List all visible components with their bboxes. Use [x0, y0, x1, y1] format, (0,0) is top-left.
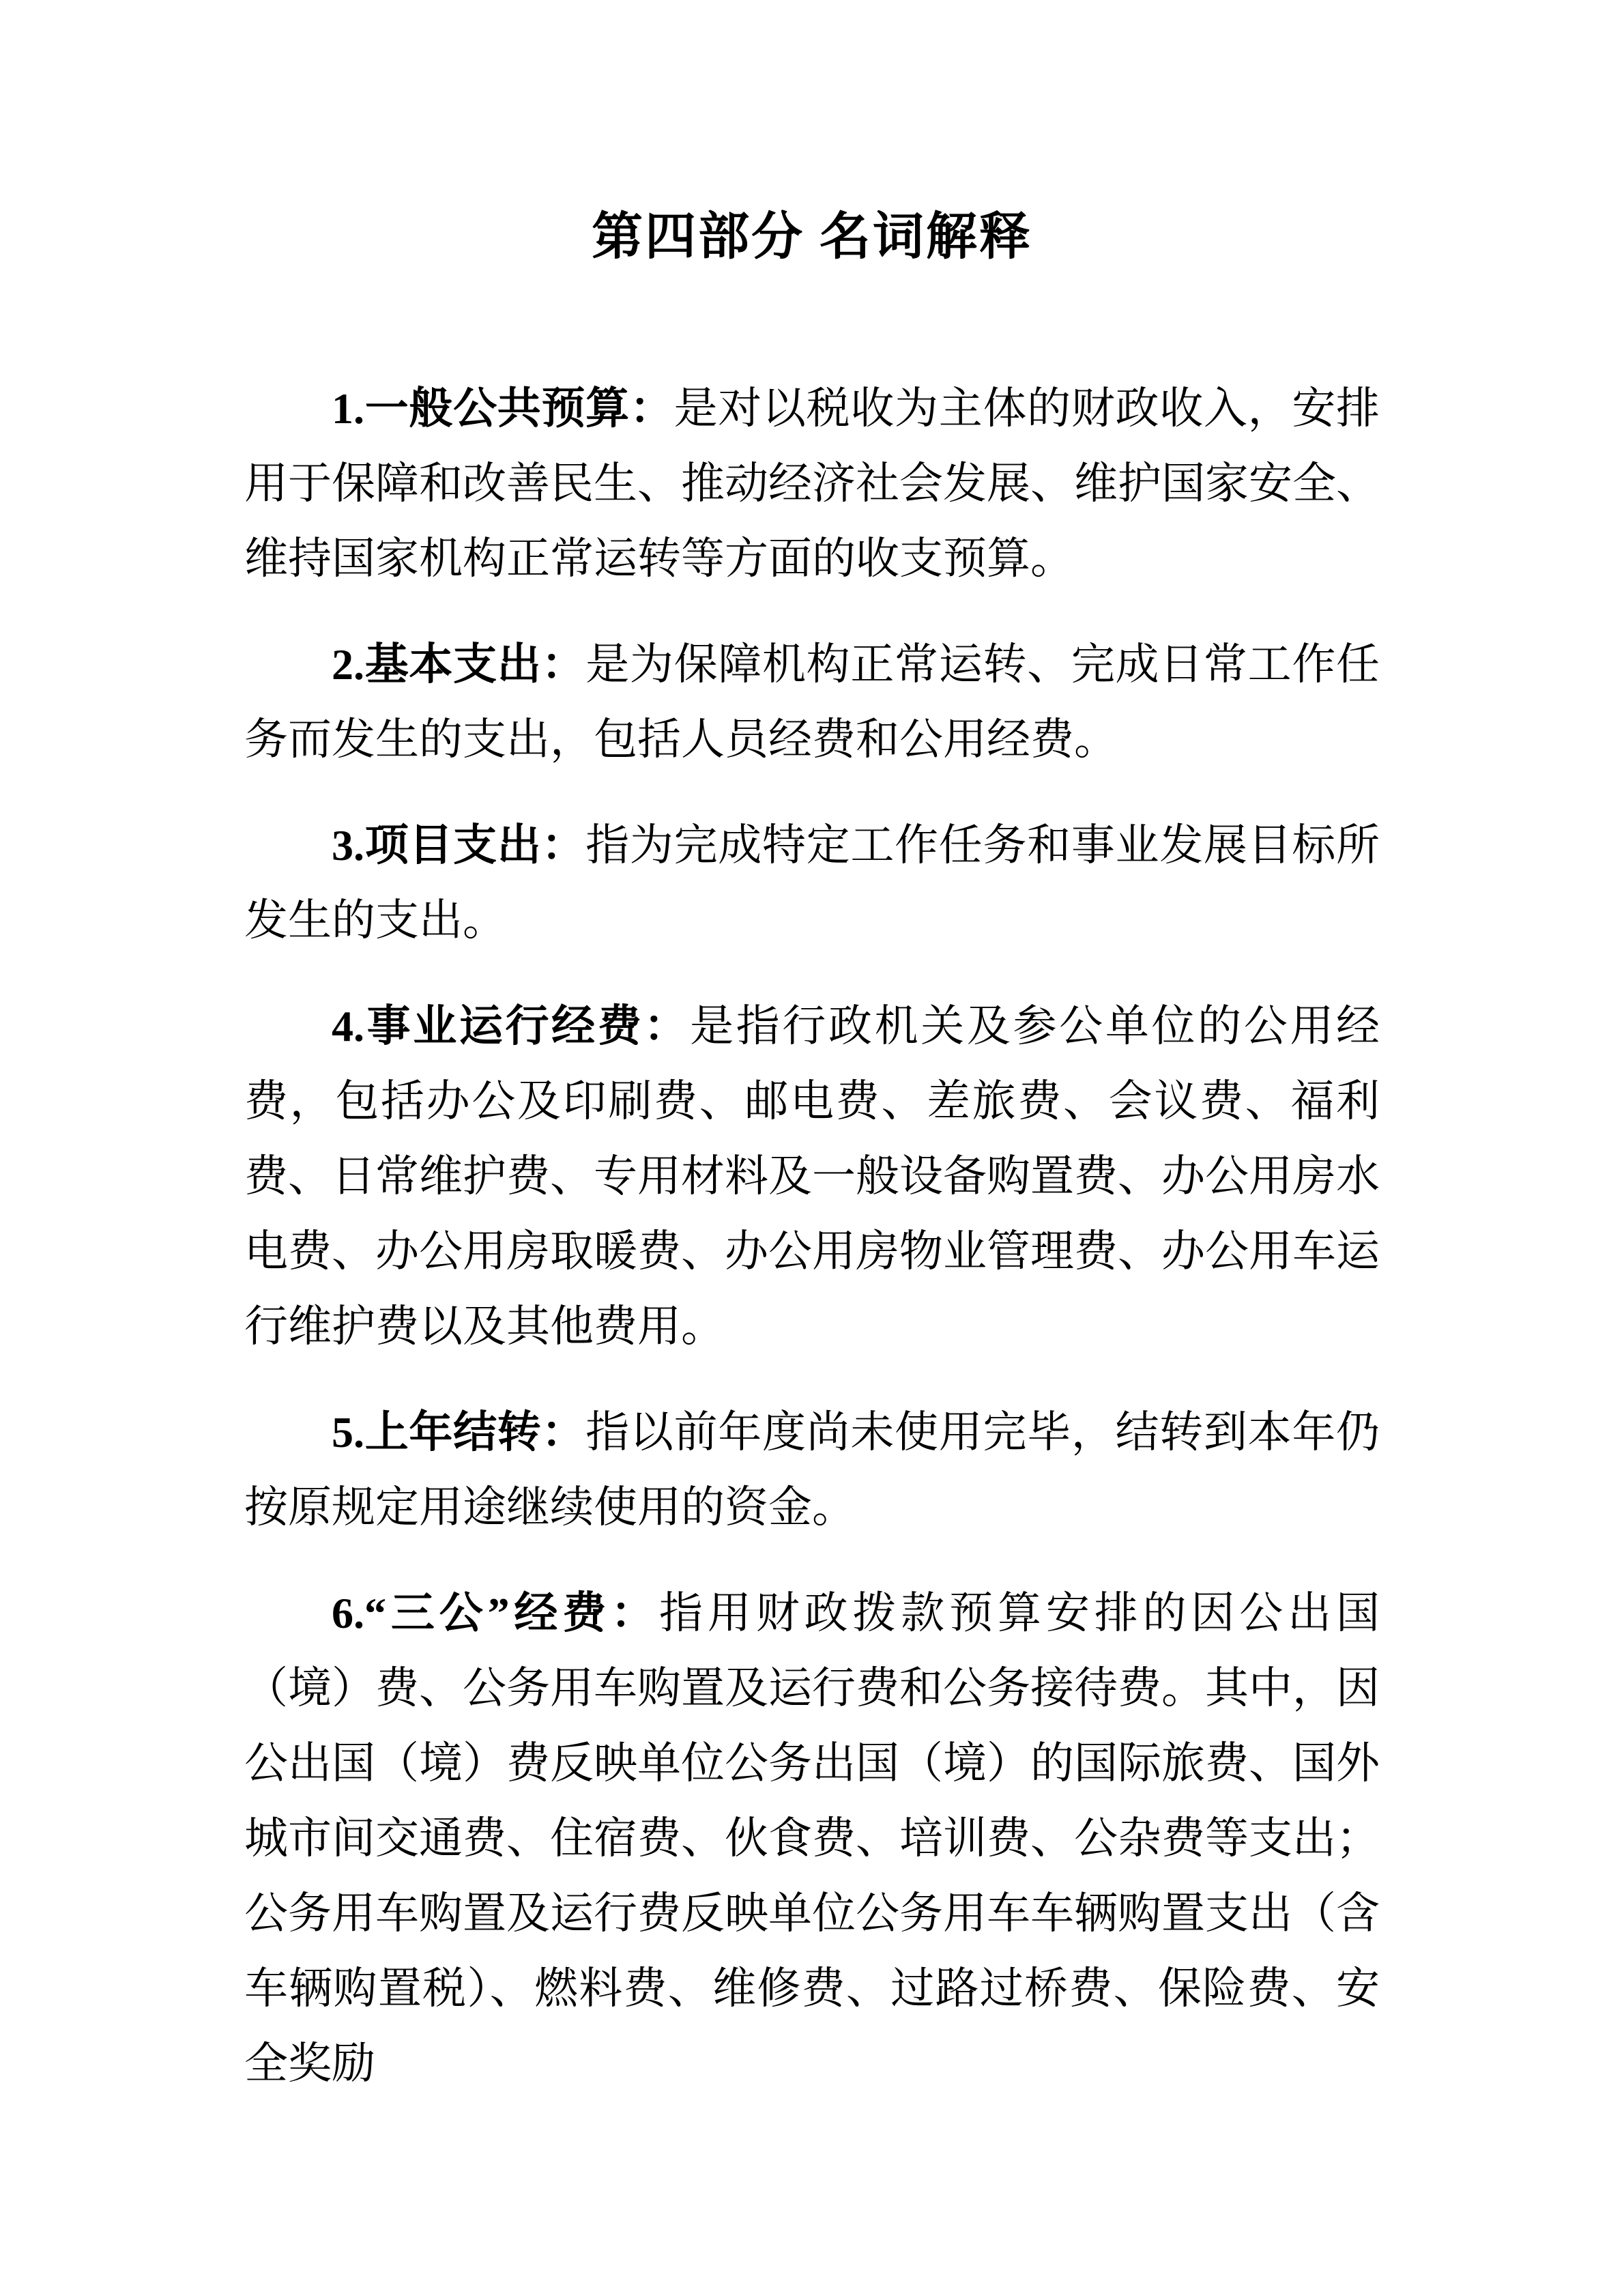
definition-paragraph: 1.一般公共预算：是对以税收为主体的财政收入，安排用于保障和改善民生、推动经济社…: [244, 371, 1380, 597]
definition-paragraph: 3.项目支出：指为完成特定工作任务和事业发展目标所发生的支出。: [244, 808, 1380, 958]
term-label: 6.“三公”经费：: [332, 1589, 659, 1637]
term-label: 1.一般公共预算：: [332, 384, 674, 433]
document-page: 第四部分 名词解释 1.一般公共预算：是对以税收为主体的财政收入，安排用于保障和…: [0, 0, 1624, 2296]
definition-paragraph: 4.事业运行经费：是指行政机关及参公单位的公用经费，包括办公及印刷费、邮电费、差…: [244, 989, 1380, 1364]
term-label: 4.事业运行经费：: [332, 1002, 690, 1050]
term-label: 5.上年结转：: [332, 1408, 585, 1456]
page-title: 第四部分 名词解释: [244, 205, 1380, 270]
definition-paragraph: 2.基本支出：是为保障机构正常运转、完成日常工作任务而发生的支出，包括人员经费和…: [244, 627, 1380, 777]
definition-text: 是指行政机关及参公单位的公用经费，包括办公及印刷费、邮电费、差旅费、会议费、福利…: [244, 1002, 1380, 1351]
definition-text: 指用财政拨款预算安排的因公出国（境）费、公务用车购置及运行费和公务接待费。其中，…: [244, 1589, 1380, 2088]
term-label: 3.项目支出：: [332, 821, 585, 870]
term-label: 2.基本支出：: [332, 640, 585, 689]
definition-paragraph: 6.“三公”经费：指用财政拨款预算安排的因公出国（境）费、公务用车购置及运行费和…: [244, 1576, 1380, 2101]
definition-paragraph: 5.上年结转：指以前年度尚未使用完毕，结转到本年仍按原规定用途继续使用的资金。: [244, 1395, 1380, 1545]
